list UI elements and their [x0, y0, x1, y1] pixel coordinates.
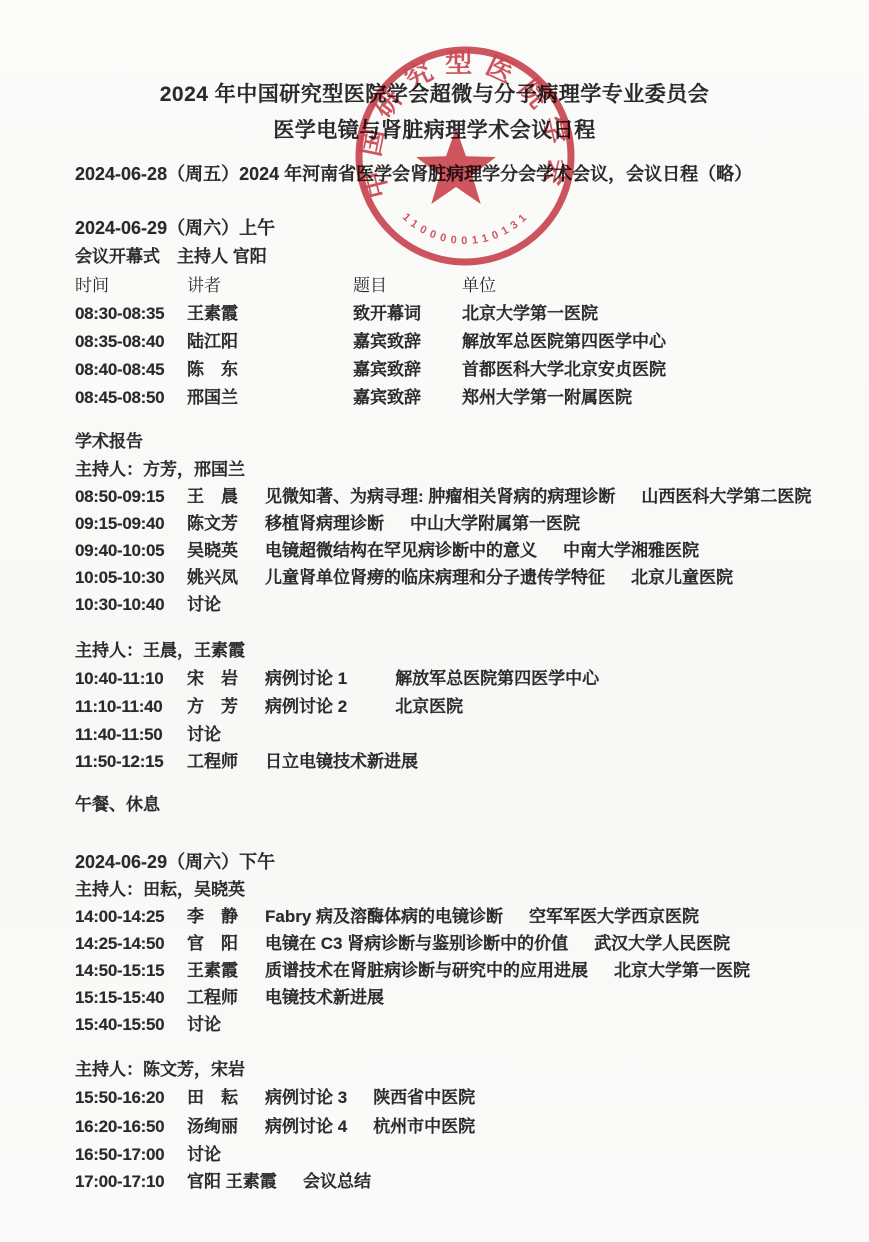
- speaker-cell: 邢国兰: [187, 387, 353, 408]
- table-row: 15:40-15:50讨论: [75, 1014, 265, 1035]
- table-row: 15:15-15:40工程师电镜技术新进展: [75, 987, 384, 1008]
- document-title-line2: 医学电镜与肾脏病理学术会议日程: [0, 118, 869, 144]
- topic-cell: 见微知著、为病寻理: 肿瘤相关肾病的病理诊断: [265, 487, 615, 506]
- speaker-cell: 讨论: [187, 1014, 265, 1035]
- speaker-cell: 汤绚丽: [187, 1116, 265, 1137]
- speaker-cell: 讨论: [187, 1144, 265, 1165]
- lunch-break-line: 午餐、休息: [75, 794, 160, 815]
- morning-date-line: 2024-06-29（周六）上午: [75, 217, 275, 240]
- opening-ceremony-line: 会议开幕式 主持人 官阳: [75, 246, 267, 267]
- org-cell: 北京医院: [395, 697, 463, 716]
- table-row: 08:45-08:50邢国兰嘉宾致辞郑州大学第一附属医院: [75, 387, 632, 408]
- org-cell: 山西医科大学第二医院: [641, 487, 811, 506]
- session2-chairs: 主持人：王晨，王素霞: [75, 640, 245, 661]
- speaker-cell: 田 耘: [187, 1087, 265, 1108]
- time-cell: 08:50-09:15: [75, 486, 187, 507]
- org-cell: 空军军医大学西京医院: [529, 907, 699, 926]
- table-row: 08:35-08:40陆江阳嘉宾致辞解放军总医院第四医学中心: [75, 331, 666, 352]
- time-cell: 08:30-08:35: [75, 303, 187, 324]
- speaker-cell: 陈文芳: [187, 513, 265, 534]
- speaker-cell: 官 阳: [187, 933, 265, 954]
- org-cell: 杭州市中医院: [373, 1117, 475, 1136]
- time-cell: 10:30-10:40: [75, 594, 187, 615]
- topic-cell: 儿童肾单位肾痨的临床病理和分子遗传学特征: [265, 568, 605, 587]
- time-cell: 15:15-15:40: [75, 987, 187, 1008]
- time-cell: 14:25-14:50: [75, 933, 187, 954]
- speaker-cell: 陆江阳: [187, 331, 353, 352]
- table-row: 09:15-09:40陈文芳移植肾病理诊断中山大学附属第一医院: [75, 513, 580, 534]
- speaker-cell: 吴晓英: [187, 540, 265, 561]
- speaker-cell: 工程师: [187, 987, 265, 1008]
- org-cell: 北京大学第一医院: [614, 961, 750, 980]
- report-section-heading: 学术报告: [75, 431, 143, 452]
- topic-cell: 病例讨论 1: [265, 669, 347, 688]
- time-cell: 11:50-12:15: [75, 751, 187, 772]
- topic-cell: 嘉宾致辞: [353, 359, 462, 380]
- time-cell: 08:35-08:40: [75, 331, 187, 352]
- table-row: 14:50-15:15王素霞质谱技术在肾脏病诊断与研究中的应用进展北京大学第一医…: [75, 960, 750, 981]
- org-cell: 郑州大学第一附属医院: [462, 388, 632, 407]
- table-header-row: 时间讲者题目单位: [75, 275, 496, 296]
- time-cell: 08:40-08:45: [75, 359, 187, 380]
- header-topic: 题目: [353, 275, 462, 296]
- time-cell: 14:00-14:25: [75, 906, 187, 927]
- table-row: 10:05-10:30姚兴凤儿童肾单位肾痨的临床病理和分子遗传学特征北京儿童医院: [75, 567, 733, 588]
- time-cell: 11:40-11:50: [75, 724, 187, 745]
- table-row: 16:20-16:50汤绚丽病例讨论 4杭州市中医院: [75, 1116, 475, 1137]
- topic-cell: Fabry 病及溶酶体病的电镜诊断: [265, 907, 503, 926]
- topic-cell: 致开幕词: [353, 303, 462, 324]
- header-speaker: 讲者: [187, 275, 353, 296]
- day1-note: 2024-06-28（周五）2024 年河南省医学会肾脏病理学分会学术会议，会议…: [75, 163, 752, 186]
- speaker-cell: 王 晨: [187, 486, 265, 507]
- table-row: 17:00-17:10官阳 王素霞会议总结: [75, 1171, 371, 1192]
- speaker-cell: 方 芳: [187, 696, 265, 717]
- session3-chairs: 主持人：田耘，吴晓英: [75, 879, 245, 900]
- session1-chairs: 主持人：方芳，邢国兰: [75, 459, 245, 480]
- speaker-cell: 工程师: [187, 751, 265, 772]
- table-row: 16:50-17:00讨论: [75, 1144, 265, 1165]
- topic-cell: 会议总结: [303, 1172, 371, 1191]
- table-row: 11:40-11:50讨论: [75, 724, 265, 745]
- document-title-line1: 2024 年中国研究型医院学会超微与分子病理学专业委员会: [0, 82, 869, 108]
- time-cell: 14:50-15:15: [75, 960, 187, 981]
- table-row: 08:30-08:35王素霞致开幕词北京大学第一医院: [75, 303, 598, 324]
- table-row: 08:50-09:15王 晨见微知著、为病寻理: 肿瘤相关肾病的病理诊断山西医科…: [75, 486, 811, 507]
- time-cell: 10:05-10:30: [75, 567, 187, 588]
- topic-cell: 病例讨论 3: [265, 1088, 347, 1107]
- time-cell: 15:40-15:50: [75, 1014, 187, 1035]
- topic-cell: 病例讨论 4: [265, 1117, 347, 1136]
- speaker-cell: 陈 东: [187, 359, 353, 380]
- table-row: 10:40-11:10宋 岩病例讨论 1解放军总医院第四医学中心: [75, 668, 599, 689]
- org-cell: 北京儿童医院: [631, 568, 733, 587]
- afternoon-date-line: 2024-06-29（周六）下午: [75, 851, 275, 874]
- table-row: 11:10-11:40方 芳病例讨论 2北京医院: [75, 696, 463, 717]
- table-row: 15:50-16:20田 耘病例讨论 3陕西省中医院: [75, 1087, 475, 1108]
- speaker-cell: 姚兴凤: [187, 567, 265, 588]
- speaker-cell: 王素霞: [187, 960, 265, 981]
- table-row: 10:30-10:40讨论: [75, 594, 265, 615]
- topic-cell: 日立电镜技术新进展: [265, 752, 418, 771]
- topic-cell: 移植肾病理诊断: [265, 514, 384, 533]
- table-row: 14:25-14:50官 阳电镜在 C3 肾病诊断与鉴别诊断中的价值武汉大学人民…: [75, 933, 730, 954]
- time-cell: 15:50-16:20: [75, 1087, 187, 1108]
- org-cell: 首都医科大学北京安贞医院: [462, 360, 666, 379]
- org-cell: 陕西省中医院: [373, 1088, 475, 1107]
- table-row: 14:00-14:25李 静Fabry 病及溶酶体病的电镜诊断空军军医大学西京医…: [75, 906, 699, 927]
- speaker-cell: 讨论: [187, 594, 265, 615]
- topic-cell: 病例讨论 2: [265, 697, 347, 716]
- time-cell: 17:00-17:10: [75, 1171, 187, 1192]
- time-cell: 09:40-10:05: [75, 540, 187, 561]
- speaker-cell: 李 静: [187, 906, 265, 927]
- time-cell: 10:40-11:10: [75, 668, 187, 689]
- table-row: 09:40-10:05吴晓英电镜超微结构在罕见病诊断中的意义中南大学湘雅医院: [75, 540, 699, 561]
- seal-serial-number: 1100000110131: [400, 209, 533, 248]
- topic-cell: 嘉宾致辞: [353, 387, 462, 408]
- time-cell: 16:20-16:50: [75, 1116, 187, 1137]
- speaker-cell: 讨论: [187, 724, 265, 745]
- time-cell: 11:10-11:40: [75, 696, 187, 717]
- topic-cell: 质谱技术在肾脏病诊断与研究中的应用进展: [265, 961, 588, 980]
- speaker-cell: 王素霞: [187, 303, 353, 324]
- header-org: 单位: [462, 276, 496, 295]
- topic-cell: 电镜在 C3 肾病诊断与鉴别诊断中的价值: [265, 934, 568, 953]
- speaker-cell: 宋 岩: [187, 668, 265, 689]
- org-cell: 武汉大学人民医院: [594, 934, 730, 953]
- speaker-cell: 官阳 王素霞: [187, 1171, 303, 1192]
- topic-cell: 嘉宾致辞: [353, 331, 462, 352]
- org-cell: 中山大学附属第一医院: [410, 514, 580, 533]
- time-cell: 08:45-08:50: [75, 387, 187, 408]
- time-cell: 09:15-09:40: [75, 513, 187, 534]
- time-cell: 16:50-17:00: [75, 1144, 187, 1165]
- topic-cell: 电镜技术新进展: [265, 988, 384, 1007]
- official-seal-stamp: 中国研究型医院学会 1100000110131: [349, 40, 581, 272]
- org-cell: 北京大学第一医院: [462, 304, 598, 323]
- header-time: 时间: [75, 275, 187, 296]
- org-cell: 解放军总医院第四医学中心: [462, 332, 666, 351]
- topic-cell: 电镜超微结构在罕见病诊断中的意义: [265, 541, 537, 560]
- org-cell: 中南大学湘雅医院: [563, 541, 699, 560]
- table-row: 08:40-08:45陈 东嘉宾致辞首都医科大学北京安贞医院: [75, 359, 666, 380]
- session4-chairs: 主持人：陈文芳，宋岩: [75, 1059, 245, 1080]
- table-row: 11:50-12:15工程师日立电镜技术新进展: [75, 751, 418, 772]
- org-cell: 解放军总医院第四医学中心: [395, 669, 599, 688]
- conference-schedule-document: 2024 年中国研究型医院学会超微与分子病理学专业委员会 医学电镜与肾脏病理学术…: [0, 0, 869, 1242]
